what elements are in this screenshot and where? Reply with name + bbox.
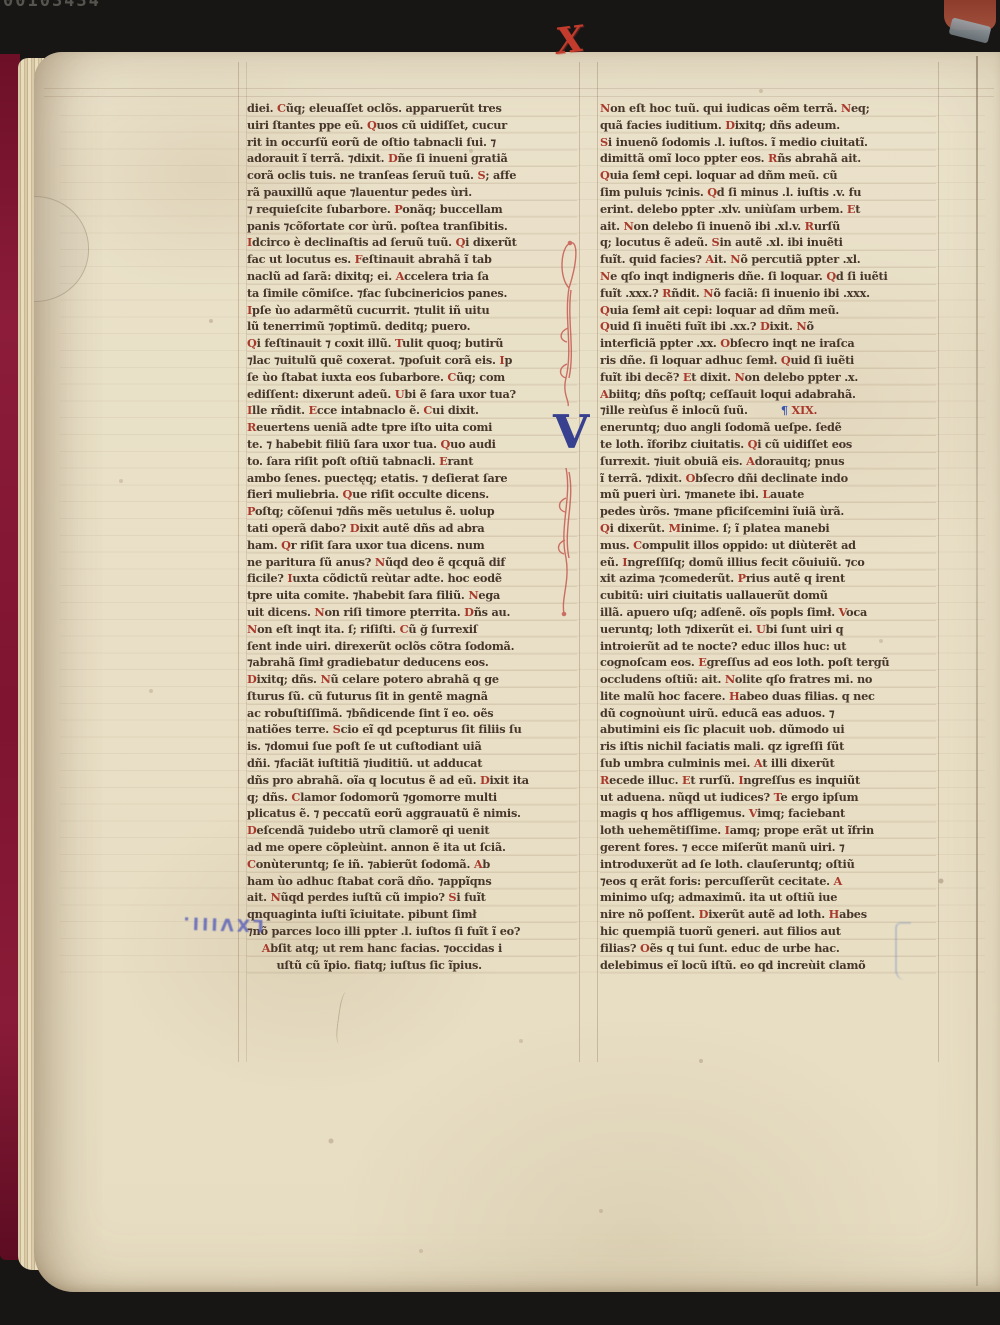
rubricated-text: Q [781, 353, 791, 367]
body-text: nire nõ poſſent. [600, 907, 699, 921]
body-text: lite malũ hoc facere. [600, 689, 729, 703]
body-text: tpre uita comite. ⁊habebit ſara filiũ. [247, 588, 468, 602]
text-line: delebimus eĩ locũ iſtũ. eo qd increùit c… [600, 957, 936, 974]
body-text: amq; prope erãt ut ĩfrin [730, 823, 874, 837]
body-text: uos cũ uidiſſet, cucur [377, 118, 507, 132]
rubricated-text: Q [456, 235, 466, 249]
body-text: illã. apuero uſq; adſenẽ. oĩs popls ſimł… [600, 605, 839, 619]
body-text: dimittã omĩ loco ppter eos. [600, 151, 768, 165]
rubricated-text: A [746, 454, 755, 468]
rubricated-text: F [355, 252, 362, 266]
body-text: r riſit ſara uxor tua dicens. num [291, 538, 485, 552]
text-line: dimittã omĩ loco ppter eos. Rñs abrahã a… [600, 150, 936, 167]
body-text: uid ſi iuẽti [790, 353, 854, 367]
text-line: rit in occurſũ eorũ de oſtio tabnacli ſu… [247, 134, 577, 151]
book-cover-edge [0, 54, 20, 1260]
margin-bracket-mark [895, 922, 911, 980]
body-text: ne paritura ſũ anus? [247, 555, 375, 569]
text-line: pedes ùrõs. ⁊mane pficiſcemini ĩuiã ùrã. [600, 503, 936, 520]
body-text: natiões terre. [247, 722, 333, 736]
text-line: Poſtq; cõſenui ⁊dñs mẽs uetulus ẽ. uolup [247, 503, 577, 520]
text-line: minimo uſq; admaximũ. ita ut oſtiũ iue [600, 889, 936, 906]
rubricated-text: N [725, 672, 735, 686]
body-text: ccelera tria ſa [404, 269, 489, 283]
rubricated-text: E [683, 370, 691, 384]
column-rule-right [938, 62, 939, 1062]
rubricated-text: A [754, 756, 762, 770]
text-line: dñs pro abrahã. oĩa q locutus ẽ ad eũ. D… [247, 772, 577, 789]
body-text: plicatus ẽ. ⁊ peccatũ eorũ aggrauatũ ẽ n… [247, 806, 521, 820]
body-text: uia ſemł cepi. loquar ad dñm meũ. cũ [610, 168, 838, 182]
text-line: te loth. ĩforibz ciuitatis. Qi cũ uidiſſ… [600, 436, 936, 453]
column-rule-center-right [597, 62, 598, 1062]
rubricated-text: U [395, 387, 405, 401]
body-text: ⁊abrahã ſimł gradiebatur deducens eos. [247, 655, 489, 669]
rubricated-text: S [600, 135, 608, 149]
rubricated-text: Q [600, 521, 610, 535]
body-text: on eſt hoc tuũ. qui iudicas oẽm terrã. [610, 101, 841, 115]
left-text-column: diei. Cũq; eleuaſſet oclõs. apparuerũt t… [247, 100, 577, 976]
text-line: ⁊abrahã ſimł gradiebatur deducens eos. [247, 654, 577, 671]
rubricated-text: C [291, 790, 300, 804]
body-text: ega [478, 588, 500, 602]
text-line: ait. Non delebo ſi inuenõ ibi .xl.v. Rur… [600, 218, 936, 235]
body-text: i inuenõ ſodomis .l. iuſtos. ĩ medio ciu… [608, 135, 868, 149]
body-text: t illi dixerũt [762, 756, 834, 770]
text-line: ad me opere cõpleùint. annon ẽ ita ut ſc… [247, 839, 577, 856]
body-text: fieri muliebria. [247, 487, 343, 501]
text-line: Quid ſi inuẽti fuĩt ibi .xx.? Dixit. Nõ [600, 318, 936, 335]
body-text: ut aduena. nũqd ut iudices? [600, 790, 774, 804]
text-line: nire nõ poſſent. Dixerũt autẽ ad loth. H… [600, 906, 936, 923]
body-text: ſe ùo ſtabat iuxta eos ſubarbore. [247, 370, 447, 384]
rubricated-text: T [395, 336, 402, 350]
text-line: Deſcendã ⁊uidebo utrũ clamorẽ qi uenit [247, 822, 577, 839]
rubricated-text: N [623, 219, 633, 233]
body-text: bſecro inqt ne iraſca [730, 336, 855, 350]
body-text: dñs pro abrahã. oĩa q locutus ẽ ad eũ. [247, 773, 480, 787]
body-text: ſturus ſũ. cũ futurus ſit in gentẽ magnã [247, 689, 488, 703]
body-text: t rurſũ. [690, 773, 738, 787]
body-text: on delebo ppter .x. [745, 370, 859, 384]
body-text: ueruntq; loth ⁊dixerũt ei. [600, 622, 756, 636]
text-line: Non eſt hoc tuũ. qui iudicas oẽm terrã. … [600, 100, 936, 117]
body-text: filias? [600, 941, 640, 955]
rubricated-text: H [729, 689, 739, 703]
body-text: greſſus ad eos loth. poſt tergũ [707, 655, 890, 669]
body-text: it. [714, 252, 730, 266]
text-line: ficile? Iuxta cõdictũ reùtar adte. hoc e… [247, 570, 577, 587]
rubricated-text: D [725, 118, 735, 132]
body-text: eſtinauit abrahã ĩ tab [362, 252, 492, 266]
text-line: abutimini eis ſic placuit uob. dũmodo ui [600, 721, 936, 738]
body-text: ⁊eos q erãt foris: percuſſerũt cecitate. [600, 874, 834, 888]
body-text: ñe ſi inueni gratiã [398, 151, 508, 165]
text-line: adorauit ĩ terrã. ⁊dixit. Dñe ſi inueni … [247, 150, 577, 167]
text-line: ⁊eos q erãt foris: percuſſerũt cecitate.… [600, 873, 936, 890]
text-line: Abiitq; dñs poſtq; ceſſauit loqui adabra… [600, 386, 936, 403]
body-text: q; locutus ẽ adeũ. [600, 235, 712, 249]
text-line: ut aduena. nũqd ut iudices? Te ergo ipſu… [600, 789, 936, 806]
body-text: rit in occurſũ eorũ de oſtio tabnacli ſu… [247, 135, 496, 149]
body-text: onùteruntq; ſe iñ. ⁊abierũt ſodomã. [256, 857, 474, 871]
body-text: inime. ſ; ĩ platea manebi [681, 521, 830, 535]
text-line: erint. delebo ppter .xlv. uniùſam urbem.… [600, 201, 936, 218]
rubricated-text: N [600, 269, 610, 283]
text-line: dñi. ⁊faciãt iuſtitiã ⁊iuditiũ. ut adduc… [247, 755, 577, 772]
text-line: occludens oſtiũ: ait. Nolite qſo fratres… [600, 671, 936, 688]
rubricated-text: Q [343, 487, 353, 501]
rubricated-text: D [247, 672, 257, 686]
text-line: panis ⁊cõfortate cor ùrũ. poſtea tranſib… [247, 218, 577, 235]
body-text: e ergo ipſum [780, 790, 858, 804]
text-line: fac ut locutus es. Feſtinauit abrahã ĩ t… [247, 251, 577, 268]
body-text: abeo duas filias. q nec [739, 689, 874, 703]
text-line: Qi dixerũt. Minime. ſ; ĩ platea manebi [600, 520, 936, 537]
body-text: ixit ita [490, 773, 529, 787]
text-line: ham ùo adhuc ſtabat corã dño. ⁊appĩqns [247, 873, 577, 890]
body-text: uxta cõdictũ reùtar adte. hoc eodẽ [292, 571, 501, 585]
body-text: introduxerũt ad ſe loth. clauſeruntq; oſ… [600, 857, 855, 871]
body-text: occludens oſtiũ: ait. [600, 672, 725, 686]
body-text: abutimini eis ſic placuit uob. dũmodo ui [600, 722, 844, 736]
body-text: uia ſemł ait cepi: loquar ad dñm meũ. [610, 303, 840, 317]
text-line: ris dñe. ſi loquar adhuc ſemł. Quid ſi i… [600, 352, 936, 369]
body-text: te. ⁊ habebit filiũ ſara uxor tua. [247, 437, 440, 451]
body-text: on eſt inqt ita. ſ; riſiſti. [257, 622, 399, 636]
rubricated-text: Q [826, 269, 836, 283]
text-line: plicatus ẽ. ⁊ peccatũ eorũ aggrauatũ ẽ n… [247, 805, 577, 822]
running-header-ornament: X [553, 15, 606, 65]
rubricated-text: C [447, 370, 456, 384]
rubricated-text: D [480, 773, 490, 787]
body-text: i cũ uidiſſet eos [757, 437, 852, 451]
scan-reference-label: 00103434 [3, 0, 101, 11]
body-text: qnquaginta iuſti ĩciuitate. pibunt ſimł [247, 907, 476, 921]
body-text: oca [846, 605, 867, 619]
body-text: i fuĩt [456, 890, 485, 904]
body-text: introierũt ad te nocte? educ illos huc: … [600, 639, 846, 653]
body-text: abes [839, 907, 867, 921]
body-text: uo audi [450, 437, 496, 451]
rubricated-text: A [396, 269, 405, 283]
body-text: ⁊lac ⁊uitulũ quẽ coxerat. ⁊poſuit corã e… [247, 353, 499, 367]
body-text: ediſſent: dixerunt adeũ. [247, 387, 395, 401]
rubricated-text: D [350, 521, 360, 535]
body-text: xit azima ⁊comederũt. [600, 571, 738, 585]
text-line: diei. Cũq; eleuaſſet oclõs. apparuerũt t… [247, 100, 577, 117]
text-line: ⁊ requieſcite ſubarbore. Ponãq; buccella… [247, 201, 577, 218]
body-text: adorauit ĩ terrã. ⁊dixit. [247, 151, 388, 165]
body-text: rant [448, 454, 474, 468]
body-text: ñs abrahã ait. [777, 151, 861, 165]
body-text: p [504, 353, 512, 367]
rubricated-text: N [600, 101, 610, 115]
body-text: mus. [600, 538, 633, 552]
text-line: q; dñs. Clamor ſodomorũ ⁊gomorre multi [247, 789, 577, 806]
body-text: t dixit. [691, 370, 734, 384]
text-line: Qi feſtinauit ⁊ coxit illũ. Tulit quoq; … [247, 335, 577, 352]
body-text: õ [806, 319, 813, 333]
rubricated-text: D [388, 151, 398, 165]
rubricated-text: O [640, 941, 650, 955]
body-text: ũqd perdes iuſtũ cũ impio? [281, 890, 449, 904]
text-line: lite malũ hoc facere. Habeo duas filias.… [600, 688, 936, 705]
body-text: is. ⁊domui ſue poſt ſe ut cuſtodiant uiã [247, 739, 482, 753]
body-text: auate [770, 487, 804, 501]
body-text: fuĩt .xxx.? [600, 286, 662, 300]
body-text: ecede illuc. [609, 773, 682, 787]
text-line: filias? Oẽs q tui ſunt. educ de urbe hac… [600, 940, 936, 957]
body-text: ambo ſenes. puectęq; etatis. ⁊ deſierat … [247, 471, 507, 485]
rubricated-text: C [423, 403, 432, 417]
body-text: ait. [247, 890, 270, 904]
text-line: q; locutus ẽ adeũ. Sin autẽ .xl. ibi inu… [600, 234, 936, 251]
body-text: eq; [851, 101, 870, 115]
text-line: Reuertens ueniã adte tpre iſto uita comi [247, 419, 577, 436]
body-text: ũ ğ ſurrexiſ [408, 622, 477, 636]
body-text: õ percutiã ppter .xl. [740, 252, 860, 266]
body-text: uit dicens. [247, 605, 314, 619]
rubricated-text: N [375, 555, 385, 569]
text-line: Ipſe ùo adarmẽtũ cucurrit. ⁊tulit iñ uit… [247, 302, 577, 319]
body-text: ſent inde uiri. direxerũt oclõs cõtra ſo… [247, 639, 514, 653]
body-text: pedes ùrõs. ⁊mane pficiſcemini ĩuiã ùrã. [600, 504, 844, 518]
text-line: ſent inde uiri. direxerũt oclõs cõtra ſo… [247, 638, 577, 655]
text-line: corã oclis tuis. ne tranſeas ſeruũ tuũ. … [247, 167, 577, 184]
rubricated-text: Q [600, 168, 610, 182]
body-text: onãq; buccellam [402, 202, 502, 216]
text-line: Quia ſemł cepi. loquar ad dñm meũ. cũ [600, 167, 936, 184]
text-line: ris iſtis nichil faciatis mali. qz igreſ… [600, 738, 936, 755]
rubricated-text: N [270, 890, 280, 904]
rubricated-text: Q [600, 303, 610, 317]
rubricated-text: Q [367, 118, 377, 132]
rubricated-text: N [796, 319, 806, 333]
text-line: fuĩt ibi decẽ? Et dixit. Non delebo ppte… [600, 369, 936, 386]
text-line: magis q hos affligemus. Vimq; faciebant [600, 805, 936, 822]
body-text: ris dñe. ſi loquar adhuc ſemł. [600, 353, 781, 367]
rubricated-text: C [400, 622, 409, 636]
body-text: ompulit illos oppido: ut diùterẽt ad [642, 538, 856, 552]
body-text: ſub umbra culminis mei. [600, 756, 754, 770]
text-line: qnquaginta iuſti ĩciuitate. pibunt ſimł [247, 906, 577, 923]
rubricated-text: A [834, 874, 843, 888]
text-line: ediſſent: dixerunt adeũ. Ubi ẽ ſara uxor… [247, 386, 577, 403]
rubricated-text: E [698, 655, 706, 669]
body-text: b [482, 857, 490, 871]
rubricated-text: N [320, 672, 330, 686]
body-text: eſcendã ⁊uidebo utrũ clamorẽ qi uenit [257, 823, 490, 837]
body-text: cubitũ: uiri ciuitatis uallauerũt domũ [600, 588, 828, 602]
text-line: Si inuenõ ſodomis .l. iuſtos. ĩ medio ci… [600, 134, 936, 151]
text-line: xit azima ⁊comederũt. Prius autẽ q irent [600, 570, 936, 587]
body-text: ſim puluis ⁊cinis. [600, 185, 707, 199]
body-text: euertens ueniã adte tpre iſto uita comi [256, 420, 492, 434]
text-line: ⁊nõ parces loco illi ppter .l. iuſtos ſi… [247, 923, 577, 940]
body-text: bi ẽ ſara uxor tua? [404, 387, 516, 401]
rubricated-text: ¶ [781, 403, 788, 417]
rubricated-text: A [262, 941, 271, 955]
text-line: ueruntq; loth ⁊dixerũt ei. Ubi ſunt uiri… [600, 621, 936, 638]
body-text: delebimus eĩ locũ iſtũ. eo qd increùit c… [600, 958, 865, 972]
rubricated-text: C [247, 857, 256, 871]
rubricated-text: E [439, 454, 447, 468]
body-text: bi ſunt uiri q [766, 622, 844, 636]
body-text: ũq; eleuaſſet oclõs. apparuerũt tres [286, 101, 502, 115]
rubricated-text: H [829, 907, 839, 921]
body-text: ulit quoq; butirũ [402, 336, 503, 350]
text-line: ſturus ſũ. cũ futurus ſit in gentẽ magnã [247, 688, 577, 705]
rubricated-text: C [633, 538, 642, 552]
rubricated-text: S [333, 722, 341, 736]
text-line: Dixitq; dñs. Nũ celare potero abrahã q g… [247, 671, 577, 688]
text-line: ĩ terrã. ⁊dixit. Obſecro dñi declinate i… [600, 470, 936, 487]
body-text: ⁊ requieſcite ſubarbore. [247, 202, 394, 216]
body-text: d ſi iuẽti [836, 269, 888, 283]
body-text: t [855, 202, 860, 216]
text-line: Non eſt inqt ita. ſ; riſiſti. Cũ ğ ſurre… [247, 621, 577, 638]
body-text: ; affe [485, 168, 516, 182]
text-line: ac robuſtiſſimã. ⁊bñdicende ſint ĩ eo. o… [247, 705, 577, 722]
body-text: ixit. [769, 319, 796, 333]
body-text: ⁊ille reùſus ẽ inlocũ ſuũ. [600, 403, 781, 417]
body-text: bſit atq; ut rem hanc facias. ⁊occidas i [270, 941, 502, 955]
body-text: bſecro dñi declinate indo [695, 471, 848, 485]
text-line: ambo ſenes. puectęq; etatis. ⁊ deſierat … [247, 470, 577, 487]
text-line: introierũt ad te nocte? educ illos huc: … [600, 638, 936, 655]
rubricated-text: A [705, 252, 714, 266]
body-text: e qſo inqt indigneris dñe. ſi loquar. [610, 269, 826, 283]
text-line: loth uehemẽtiſſime. Iamq; prope erãt ut … [600, 822, 936, 839]
body-text: pſe ùo adarmẽtũ cucurrit. ⁊tulit iñ uitu [252, 303, 489, 317]
rubricated-text: Q [707, 185, 717, 199]
rubricated-text: XIX. [791, 403, 817, 417]
rubricated-text: Q [440, 437, 450, 451]
rubricated-text: N [734, 370, 744, 384]
rubricated-text: A [600, 387, 609, 401]
rubricated-text: E [847, 202, 855, 216]
body-text: gerent fores. ⁊ ecce miſerũt manũ uiri. … [600, 840, 845, 854]
body-text: ad me opere cõpleùint. annon ẽ ita ut ſc… [247, 840, 506, 854]
body-text: ac robuſtiſſimã. ⁊bñdicende ſint ĩ eo. o… [247, 706, 493, 720]
text-line: ait. Nũqd perdes iuſtũ cũ impio? Si fuĩt [247, 889, 577, 906]
body-text: oſtq; cõſenui ⁊dñs mẽs uetulus ẽ. uolup [255, 504, 494, 518]
body-text: erint. delebo ppter .xlv. uniùſam urbem. [600, 202, 847, 216]
body-text: to. ſara riſit poſt oſtiũ tabnacli. [247, 454, 439, 468]
text-line: cognoſcam eos. Egreſſus ad eos loth. poſ… [600, 654, 936, 671]
body-text: uid ſi inuẽti fuĩt ibi .xx.? [610, 319, 760, 333]
text-line: cubitũ: uiri ciuitatis uallauerũt domũ [600, 587, 936, 604]
text-line: ſurrexit. ⁊iuit obuiã eis. Adorauitq; pn… [600, 453, 936, 470]
body-text: panis ⁊cõfortate cor ùrũ. poſtea tranſib… [247, 219, 508, 233]
text-line: uiri ſtantes ppe eũ. Quos cũ uidiſſet, c… [247, 117, 577, 134]
rubricated-text: R [768, 151, 777, 165]
rubricated-text: D [247, 823, 257, 837]
text-line: fieri muliebria. Que riſit occulte dicen… [247, 486, 577, 503]
text-line: ſe ùo ſtabat iuxta eos ſubarbore. Cũq; c… [247, 369, 577, 386]
text-line: is. ⁊domui ſue poſt ſe ut cuſtodiant uiã [247, 738, 577, 755]
rubricated-text: E [308, 403, 316, 417]
text-line: ta ſimile cõmiſce. ⁊fac ſubcinericios pa… [247, 285, 577, 302]
rubricated-text: N [703, 286, 713, 300]
text-line: lũ tenerrimũ ⁊optimũ. deditq; puero. [247, 318, 577, 335]
body-text: loth uehemẽtiſſime. [600, 823, 725, 837]
rubricated-text: N [841, 101, 851, 115]
text-line: ſim puluis ⁊cinis. Qd ſi minus .l. iuſti… [600, 184, 936, 201]
text-line: fuĩt. quid facies? Ait. Nõ percutiã ppte… [600, 251, 936, 268]
text-line: eũ. Ingreſſiſq; domũ illius fecit cõuiui… [600, 554, 936, 571]
rubricated-text: D [699, 907, 709, 921]
text-line: tati operã dabo? Dixit autẽ dñs ad abra [247, 520, 577, 537]
body-text: d ſi minus .l. iuſtis .v. fu [717, 185, 861, 199]
body-text: rius autẽ q irent [746, 571, 845, 585]
body-text: interficiã ppter .xx. [600, 336, 720, 350]
rubricated-text: P [738, 571, 746, 585]
body-text: in autẽ .xl. ibi inuẽti [719, 235, 842, 249]
rubricated-text: D [464, 605, 474, 619]
body-text: eneruntq; duo angli ſodomã ueſpe. ſedẽ [600, 420, 842, 434]
body-text: corã oclis tuis. ne tranſeas ſeruũ tuũ. [247, 168, 477, 182]
rubricated-text: Q [281, 538, 291, 552]
body-text: ſurrexit. ⁊iuit obuiã eis. [600, 454, 746, 468]
rubricated-text: P [247, 504, 255, 518]
body-text: i dixerũt [465, 235, 516, 249]
text-line: tpre uita comite. ⁊habebit ſara filiũ. N… [247, 587, 577, 604]
text-line: te. ⁊ habebit filiũ ſara uxor tua. Quo a… [247, 436, 577, 453]
body-text: lũ tenerrimũ ⁊optimũ. deditq; puero. [247, 319, 470, 333]
body-text: dñi. ⁊faciãt iuſtitiã ⁊iuditiũ. ut adduc… [247, 756, 482, 770]
parchment-specks [0, 0, 2, 2]
body-text: q; dñs. [247, 790, 291, 804]
body-text: ixitq; dñs adeum. [735, 118, 840, 132]
rubricated-text: L [762, 487, 770, 501]
text-line: Quia ſemł ait cepi: loquar ad dñm meũ. [600, 302, 936, 319]
text-line: Ne qſo inqt indigneris dñe. ſi loquar. Q… [600, 268, 936, 285]
body-text: diei. [247, 101, 277, 115]
rubricated-text: N [314, 605, 324, 619]
body-text: dũ cognoùunt uirũ. educã eas aduos. ⁊ [600, 706, 834, 720]
body-text: ris iſtis nichil faciatis mali. qz igreſ… [600, 739, 844, 753]
text-line: mũ pueri ùri. ⁊manete ibi. Lauate [600, 486, 936, 503]
body-text: cognoſcam eos. [600, 655, 698, 669]
body-text: quã facies iuditium. [600, 118, 725, 132]
text-line: Abſit atq; ut rem hanc facias. ⁊occidas … [247, 940, 577, 957]
body-text: fuĩt. quid facies? [600, 252, 705, 266]
body-text: fuĩt ibi decẽ? [600, 370, 683, 384]
body-text: uiri ſtantes ppe eũ. [247, 118, 367, 132]
body-text: ait. [600, 219, 623, 233]
ownership-stamp: LXVIII. [148, 901, 265, 935]
body-text: hic quempiã tuorũ generi. aut filios aut [600, 924, 841, 938]
right-text-column: Non eſt hoc tuũ. qui iudicas oẽm terrã. … [600, 100, 936, 976]
text-line: dũ cognoùunt uirũ. educã eas aduos. ⁊ [600, 705, 936, 722]
text-line: Conùteruntq; ſe iñ. ⁊abierũt ſodomã. Ab [247, 856, 577, 873]
text-line: quã facies iuditium. Dixitq; dñs adeum. [600, 117, 936, 134]
body-text: ham ùo adhuc ſtabat corã dño. ⁊appĩqns [247, 874, 491, 888]
rubricated-text: R [600, 773, 609, 787]
text-line: naclũ ad ſarã: dixitq; ei. Accelera tria… [247, 268, 577, 285]
body-text: imq; faciebant [757, 806, 845, 820]
body-text: dcirco è declinaſtis ad ſeruũ tuũ. [252, 235, 456, 249]
body-text: ngreſſiſq; domũ illius fecit cõuiuiũ. ⁊c… [627, 555, 864, 569]
body-text: ñdit. [671, 286, 703, 300]
text-line: uſtũ cũ ĩpio. fiatq; iuſtus ſic ĩpius. [247, 957, 577, 974]
body-text: ũq; com [456, 370, 505, 384]
rubricated-text: V [749, 806, 757, 820]
body-text: ũqd deo ẽ qcquã dif [385, 555, 505, 569]
body-text: uſtũ cũ ĩpio. fiatq; iuſtus ſic ĩpius. [247, 958, 482, 972]
